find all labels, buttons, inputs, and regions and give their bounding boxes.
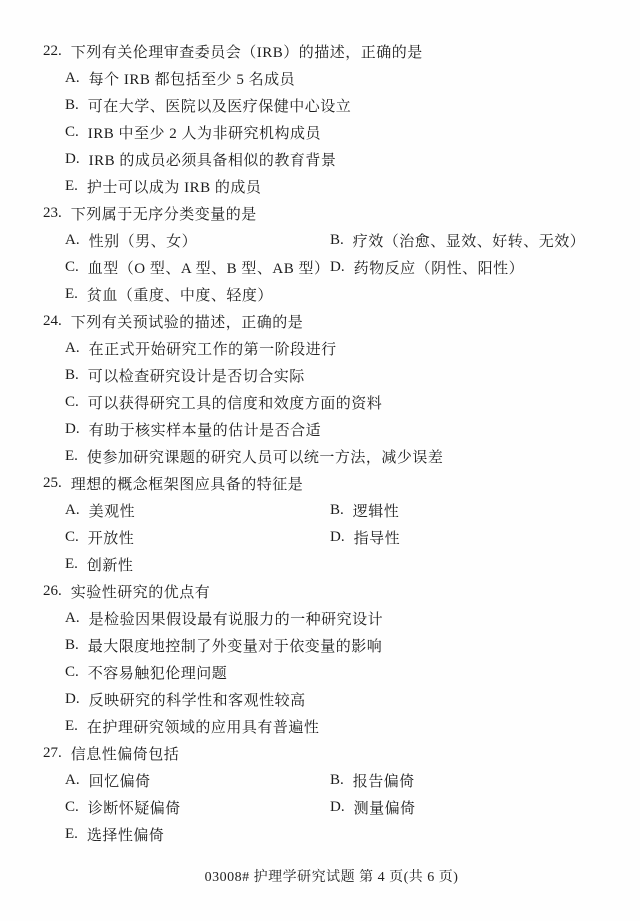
option-e: E. 贫血（重度、中度、轻度）: [65, 284, 273, 305]
question-number: 24.: [43, 313, 62, 330]
option-label: B.: [330, 232, 344, 249]
option-label: D.: [65, 151, 80, 168]
option-a: A. 性别（男、女）: [65, 230, 330, 251]
option-d: D. 指导性: [330, 527, 400, 548]
question-stem: 下列有关预试验的描述，正确的是: [71, 311, 304, 332]
option-text: 不容易触犯伦理问题: [88, 662, 228, 683]
option-b: B. 报告偏倚: [330, 770, 415, 791]
option-text: 护士可以成为 IRB 的成员: [87, 176, 262, 197]
option-label: C.: [65, 259, 79, 276]
option-text: 诊断怀疑偏倚: [88, 797, 181, 818]
option-row-cd: C. 血型（O 型、A 型、B 型、AB 型） D. 药物反应（阴性、阳性）: [65, 254, 620, 281]
question-stem: 理想的概念框架图应具备的特征是: [71, 473, 304, 494]
option-c: C. 血型（O 型、A 型、B 型、AB 型）: [65, 257, 330, 278]
options-list: A. 每个 IRB 都包括至少 5 名成员 B. 可在大学、医院以及医疗保健中心…: [43, 65, 620, 200]
option-c: C. 诊断怀疑偏倚: [65, 797, 330, 818]
option-label: C.: [65, 799, 79, 816]
option-c: C. IRB 中至少 2 人为非研究机构成员: [65, 119, 620, 146]
option-b: B. 逻辑性: [330, 500, 399, 521]
option-e: E. 护士可以成为 IRB 的成员: [65, 173, 620, 200]
option-label: A.: [65, 772, 80, 789]
option-e: E. 选择性偏倚: [65, 824, 164, 845]
option-a: A. 回忆偏倚: [65, 770, 330, 791]
question-head: 23. 下列属于无序分类变量的是: [43, 200, 620, 227]
option-d: D. 测量偏倚: [330, 797, 416, 818]
option-label: E.: [65, 448, 78, 465]
option-text: 血型（O 型、A 型、B 型、AB 型）: [88, 257, 330, 278]
question-stem: 信息性偏倚包括: [71, 743, 180, 764]
question-head: 24. 下列有关预试验的描述，正确的是: [43, 308, 620, 335]
option-d: D. 药物反应（阴性、阳性）: [330, 257, 524, 278]
question-block-22: 22. 下列有关伦理审查委员会（IRB）的描述，正确的是 A. 每个 IRB 都…: [43, 38, 620, 200]
question-block-26: 26. 实验性研究的优点有 A. 是检验因果假设最有说服力的一种研究设计 B. …: [43, 578, 620, 740]
option-text: 回忆偏倚: [89, 770, 151, 791]
option-c: C. 开放性: [65, 527, 330, 548]
option-label: E.: [65, 718, 78, 735]
option-text: 报告偏倚: [353, 770, 415, 791]
option-a: A. 每个 IRB 都包括至少 5 名成员: [65, 65, 620, 92]
option-b: B. 可以检查研究设计是否切合实际: [65, 362, 620, 389]
option-label: B.: [330, 502, 344, 519]
question-number: 26.: [43, 583, 62, 600]
option-e: E. 创新性: [65, 554, 133, 575]
option-row-ab: A. 性别（男、女） B. 疗效（治愈、显效、好转、无效）: [65, 227, 620, 254]
option-b: B. 最大限度地控制了外变量对于依变量的影响: [65, 632, 620, 659]
option-a: A. 美观性: [65, 500, 330, 521]
question-stem: 实验性研究的优点有: [71, 581, 211, 602]
option-label: C.: [65, 394, 79, 411]
option-label: D.: [330, 529, 345, 546]
option-label: B.: [65, 97, 79, 114]
option-text: 疗效（治愈、显效、好转、无效）: [353, 230, 586, 251]
option-text: IRB 中至少 2 人为非研究机构成员: [88, 122, 321, 143]
option-text: 在护理研究领域的应用具有普遍性: [87, 716, 320, 737]
option-row-e: E. 创新性: [65, 551, 620, 578]
option-text: 是检验因果假设最有说服力的一种研究设计: [89, 608, 384, 629]
option-d: D. 反映研究的科学性和客观性较高: [65, 686, 620, 713]
option-label: B.: [65, 367, 79, 384]
options-list: A. 回忆偏倚 B. 报告偏倚 C. 诊断怀疑偏倚 D. 测量偏倚: [43, 767, 620, 848]
option-text: 每个 IRB 都包括至少 5 名成员: [89, 68, 296, 89]
question-number: 22.: [43, 43, 62, 60]
option-label: C.: [65, 664, 79, 681]
option-text: 可在大学、医院以及医疗保健中心设立: [88, 95, 352, 116]
question-number: 27.: [43, 745, 62, 762]
option-row-e: E. 选择性偏倚: [65, 821, 620, 848]
question-block-27: 27. 信息性偏倚包括 A. 回忆偏倚 B. 报告偏倚 C. 诊断怀疑偏倚: [43, 740, 620, 848]
question-head: 26. 实验性研究的优点有: [43, 578, 620, 605]
exam-page: 22. 下列有关伦理审查委员会（IRB）的描述，正确的是 A. 每个 IRB 都…: [0, 0, 640, 921]
option-text: 反映研究的科学性和客观性较高: [89, 689, 306, 710]
option-a: A. 在正式开始研究工作的第一阶段进行: [65, 335, 620, 362]
option-label: A.: [65, 340, 80, 357]
option-row-cd: C. 开放性 D. 指导性: [65, 524, 620, 551]
option-e: E. 在护理研究领域的应用具有普遍性: [65, 713, 620, 740]
option-text: 最大限度地控制了外变量对于依变量的影响: [88, 635, 383, 656]
option-label: D.: [330, 799, 345, 816]
question-number: 23.: [43, 205, 62, 222]
option-label: E.: [65, 826, 78, 843]
option-d: D. 有助于核实样本量的估计是否合适: [65, 416, 620, 443]
question-head: 22. 下列有关伦理审查委员会（IRB）的描述，正确的是: [43, 38, 620, 65]
question-head: 27. 信息性偏倚包括: [43, 740, 620, 767]
option-label: E.: [65, 178, 78, 195]
question-number: 25.: [43, 475, 62, 492]
option-label: A.: [65, 502, 80, 519]
option-row-e: E. 贫血（重度、中度、轻度）: [65, 281, 620, 308]
question-block-23: 23. 下列属于无序分类变量的是 A. 性别（男、女） B. 疗效（治愈、显效、…: [43, 200, 620, 308]
option-label: D.: [65, 421, 80, 438]
option-row-ab: A. 美观性 B. 逻辑性: [65, 497, 620, 524]
option-row-cd: C. 诊断怀疑偏倚 D. 测量偏倚: [65, 794, 620, 821]
option-d: D. IRB 的成员必须具备相似的教育背景: [65, 146, 620, 173]
option-text: 指导性: [354, 527, 401, 548]
question-block-24: 24. 下列有关预试验的描述，正确的是 A. 在正式开始研究工作的第一阶段进行 …: [43, 308, 620, 470]
option-b: B. 可在大学、医院以及医疗保健中心设立: [65, 92, 620, 119]
option-label: B.: [65, 637, 79, 654]
option-label: A.: [65, 70, 80, 87]
option-label: E.: [65, 286, 78, 303]
options-list: A. 在正式开始研究工作的第一阶段进行 B. 可以检查研究设计是否切合实际 C.…: [43, 335, 620, 470]
option-text: 可以获得研究工具的信度和效度方面的资料: [88, 392, 383, 413]
option-row-ab: A. 回忆偏倚 B. 报告偏倚: [65, 767, 620, 794]
question-block-25: 25. 理想的概念框架图应具备的特征是 A. 美观性 B. 逻辑性 C. 开放性: [43, 470, 620, 578]
option-label: D.: [330, 259, 345, 276]
question-head: 25. 理想的概念框架图应具备的特征是: [43, 470, 620, 497]
options-list: A. 美观性 B. 逻辑性 C. 开放性 D. 指导性: [43, 497, 620, 578]
option-label: B.: [330, 772, 344, 789]
page-footer: 03008# 护理学研究试题 第 4 页(共 6 页): [43, 866, 620, 886]
options-list: A. 是检验因果假设最有说服力的一种研究设计 B. 最大限度地控制了外变量对于依…: [43, 605, 620, 740]
option-text: 选择性偏倚: [87, 824, 165, 845]
option-text: 有助于核实样本量的估计是否合适: [89, 419, 322, 440]
option-label: C.: [65, 124, 79, 141]
option-text: 美观性: [89, 500, 136, 521]
option-text: 逻辑性: [353, 500, 400, 521]
option-e: E. 使参加研究课题的研究人员可以统一方法，减少误差: [65, 443, 620, 470]
option-label: A.: [65, 610, 80, 627]
option-a: A. 是检验因果假设最有说服力的一种研究设计: [65, 605, 620, 632]
option-c: C. 不容易触犯伦理问题: [65, 659, 620, 686]
question-stem: 下列有关伦理审查委员会（IRB）的描述，正确的是: [71, 41, 423, 62]
option-label: A.: [65, 232, 80, 249]
option-text: 药物反应（阴性、阳性）: [354, 257, 525, 278]
option-text: 使参加研究课题的研究人员可以统一方法，减少误差: [87, 446, 444, 467]
question-stem: 下列属于无序分类变量的是: [71, 203, 257, 224]
option-b: B. 疗效（治愈、显效、好转、无效）: [330, 230, 585, 251]
option-text: 创新性: [87, 554, 134, 575]
option-label: E.: [65, 556, 78, 573]
option-label: C.: [65, 529, 79, 546]
option-text: 测量偏倚: [354, 797, 416, 818]
option-text: 开放性: [88, 527, 135, 548]
option-text: 在正式开始研究工作的第一阶段进行: [89, 338, 337, 359]
option-c: C. 可以获得研究工具的信度和效度方面的资料: [65, 389, 620, 416]
option-text: IRB 的成员必须具备相似的教育背景: [89, 149, 337, 170]
option-text: 贫血（重度、中度、轻度）: [87, 284, 273, 305]
options-list: A. 性别（男、女） B. 疗效（治愈、显效、好转、无效） C. 血型（O 型、…: [43, 227, 620, 308]
option-text: 可以检查研究设计是否切合实际: [88, 365, 305, 386]
option-label: D.: [65, 691, 80, 708]
option-text: 性别（男、女）: [89, 230, 198, 251]
